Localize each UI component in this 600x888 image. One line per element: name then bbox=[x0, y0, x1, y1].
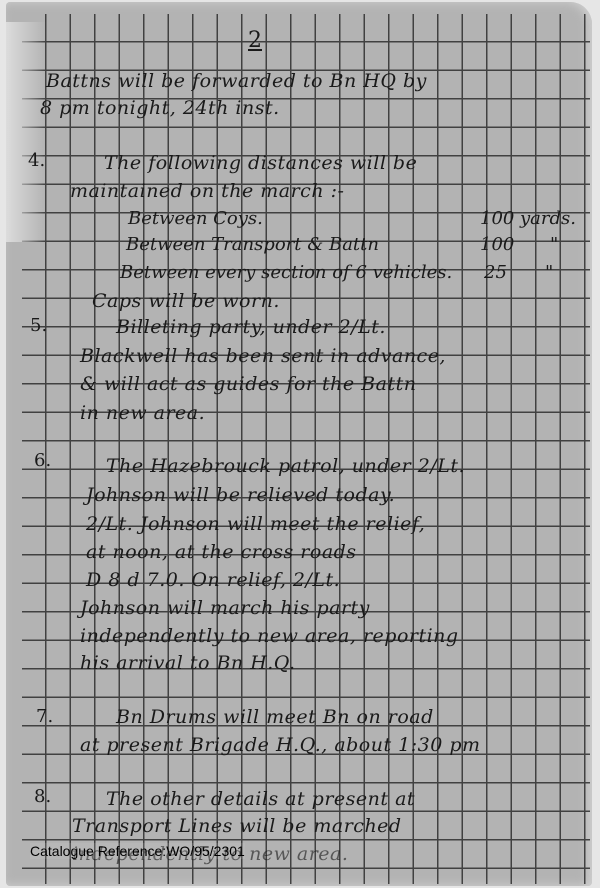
continuation-line-1: Battns will be forwarded to Bn HQ by bbox=[46, 70, 427, 92]
paragraph-6-line-2: Johnson will be relieved today. bbox=[86, 484, 395, 506]
distance-label-3: Between every section of 6 vehicles. bbox=[120, 262, 452, 283]
paragraph-7-line-1: Bn Drums will meet Bn on road bbox=[116, 706, 434, 728]
paragraph-6-line-7: independently to new area, reporting bbox=[80, 625, 459, 647]
page-number: 2 bbox=[248, 28, 262, 53]
distance-unit-3: " bbox=[545, 262, 553, 283]
distance-unit-1: yards. bbox=[520, 208, 576, 229]
distance-value-1: 100 bbox=[480, 208, 514, 229]
paragraph-5-line-1: Billeting party, under 2/Lt. bbox=[116, 316, 386, 338]
distance-unit-2: " bbox=[550, 234, 558, 255]
paragraph-8-line-2: Transport Lines will be marched bbox=[72, 815, 402, 837]
paragraph-8-number: 8. bbox=[34, 786, 51, 807]
paragraph-5-number: 5. bbox=[30, 315, 47, 336]
distance-label-2: Between Transport & Battn bbox=[126, 234, 379, 255]
paragraph-6-line-5: D 8 d 7.0. On relief, 2/Lt. bbox=[86, 569, 340, 591]
distance-value-2: 100 bbox=[480, 234, 514, 255]
paragraph-4-line-2: maintained on the march :- bbox=[70, 180, 344, 202]
paragraph-4-after: Caps will be worn. bbox=[92, 290, 280, 312]
paragraph-7-number: 7. bbox=[36, 706, 53, 727]
paragraph-5-line-4: in new area. bbox=[80, 402, 205, 424]
paragraph-6-line-1: The Hazebrouck patrol, under 2/Lt. bbox=[106, 455, 465, 477]
continuation-line-2: 8 pm tonight, 24th inst. bbox=[40, 97, 280, 119]
paragraph-6-line-6: Johnson will march his party bbox=[80, 597, 370, 619]
catalogue-reference-watermark: Catalogue Reference:WO/95/2301 bbox=[30, 843, 245, 859]
paragraph-6-line-3: 2/Lt. Johnson will meet the relief, bbox=[86, 513, 425, 535]
paragraph-4-line-1: The following distances will be bbox=[104, 152, 417, 174]
paragraph-6-line-4: at noon, at the cross roads bbox=[86, 541, 357, 563]
paragraph-4-number: 4. bbox=[28, 150, 45, 171]
paragraph-6-line-8: his arrival to Bn H.Q. bbox=[80, 652, 295, 674]
distance-value-3: 25 bbox=[484, 262, 507, 283]
paragraph-5-line-2: Blackwell has been sent in advance, bbox=[80, 345, 446, 367]
paragraph-6-number: 6. bbox=[34, 450, 51, 471]
paragraph-7-line-2: at present Brigade H.Q., about 1:30 pm bbox=[80, 734, 481, 756]
distance-label-1: Between Coys. bbox=[128, 208, 263, 229]
paragraph-8-line-1: The other details at present at bbox=[106, 788, 415, 810]
page-edge-stain bbox=[6, 22, 46, 242]
paragraph-5-line-3: & will act as guides for the Battn bbox=[80, 373, 416, 395]
